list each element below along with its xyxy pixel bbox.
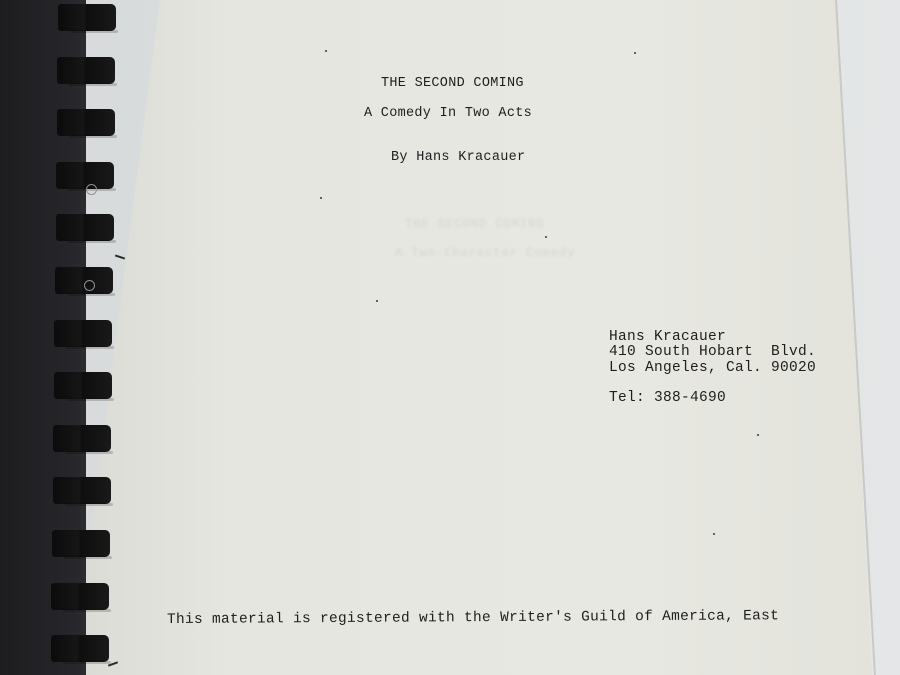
- script-subtitle: A Comedy In Two Acts: [364, 106, 532, 121]
- bleed-through-subtitle: A Two-Character Comedy: [395, 246, 575, 260]
- punch-hole-mark: [84, 280, 95, 291]
- binding-ring: [55, 267, 113, 294]
- contact-name: Hans Kracauer: [609, 330, 726, 345]
- binding-ring: [51, 583, 109, 610]
- binding-ring: [54, 320, 112, 347]
- paper-speck: [376, 300, 378, 302]
- paper-speck: [713, 533, 715, 535]
- paper-speck: [320, 197, 322, 199]
- binding-ring: [52, 530, 110, 557]
- bleed-through-title: THE SECOND COMING: [405, 217, 544, 231]
- binding-ring: [57, 109, 115, 136]
- contact-city: Los Angeles, Cal. 90020: [609, 361, 816, 376]
- binding-ring: [53, 477, 111, 504]
- binding-ring: [51, 635, 109, 662]
- script-title-page: [72, 0, 872, 675]
- binding-ring: [56, 162, 114, 189]
- paper-speck: [545, 236, 547, 238]
- binding-ring: [53, 425, 111, 452]
- paper-speck: [634, 52, 636, 54]
- script-title: THE SECOND COMING: [381, 76, 524, 91]
- binding-ring: [54, 372, 112, 399]
- binding-ring: [57, 57, 115, 84]
- contact-street: 410 South Hobart Blvd.: [609, 345, 816, 360]
- author-byline: By Hans Kracauer: [391, 150, 525, 165]
- contact-phone: Tel: 388-4690: [609, 391, 726, 406]
- paper-speck: [757, 434, 759, 436]
- paper-speck: [325, 50, 327, 52]
- binding-ring: [58, 4, 116, 31]
- binding-ring: [56, 214, 114, 241]
- punch-hole-mark: [86, 184, 97, 195]
